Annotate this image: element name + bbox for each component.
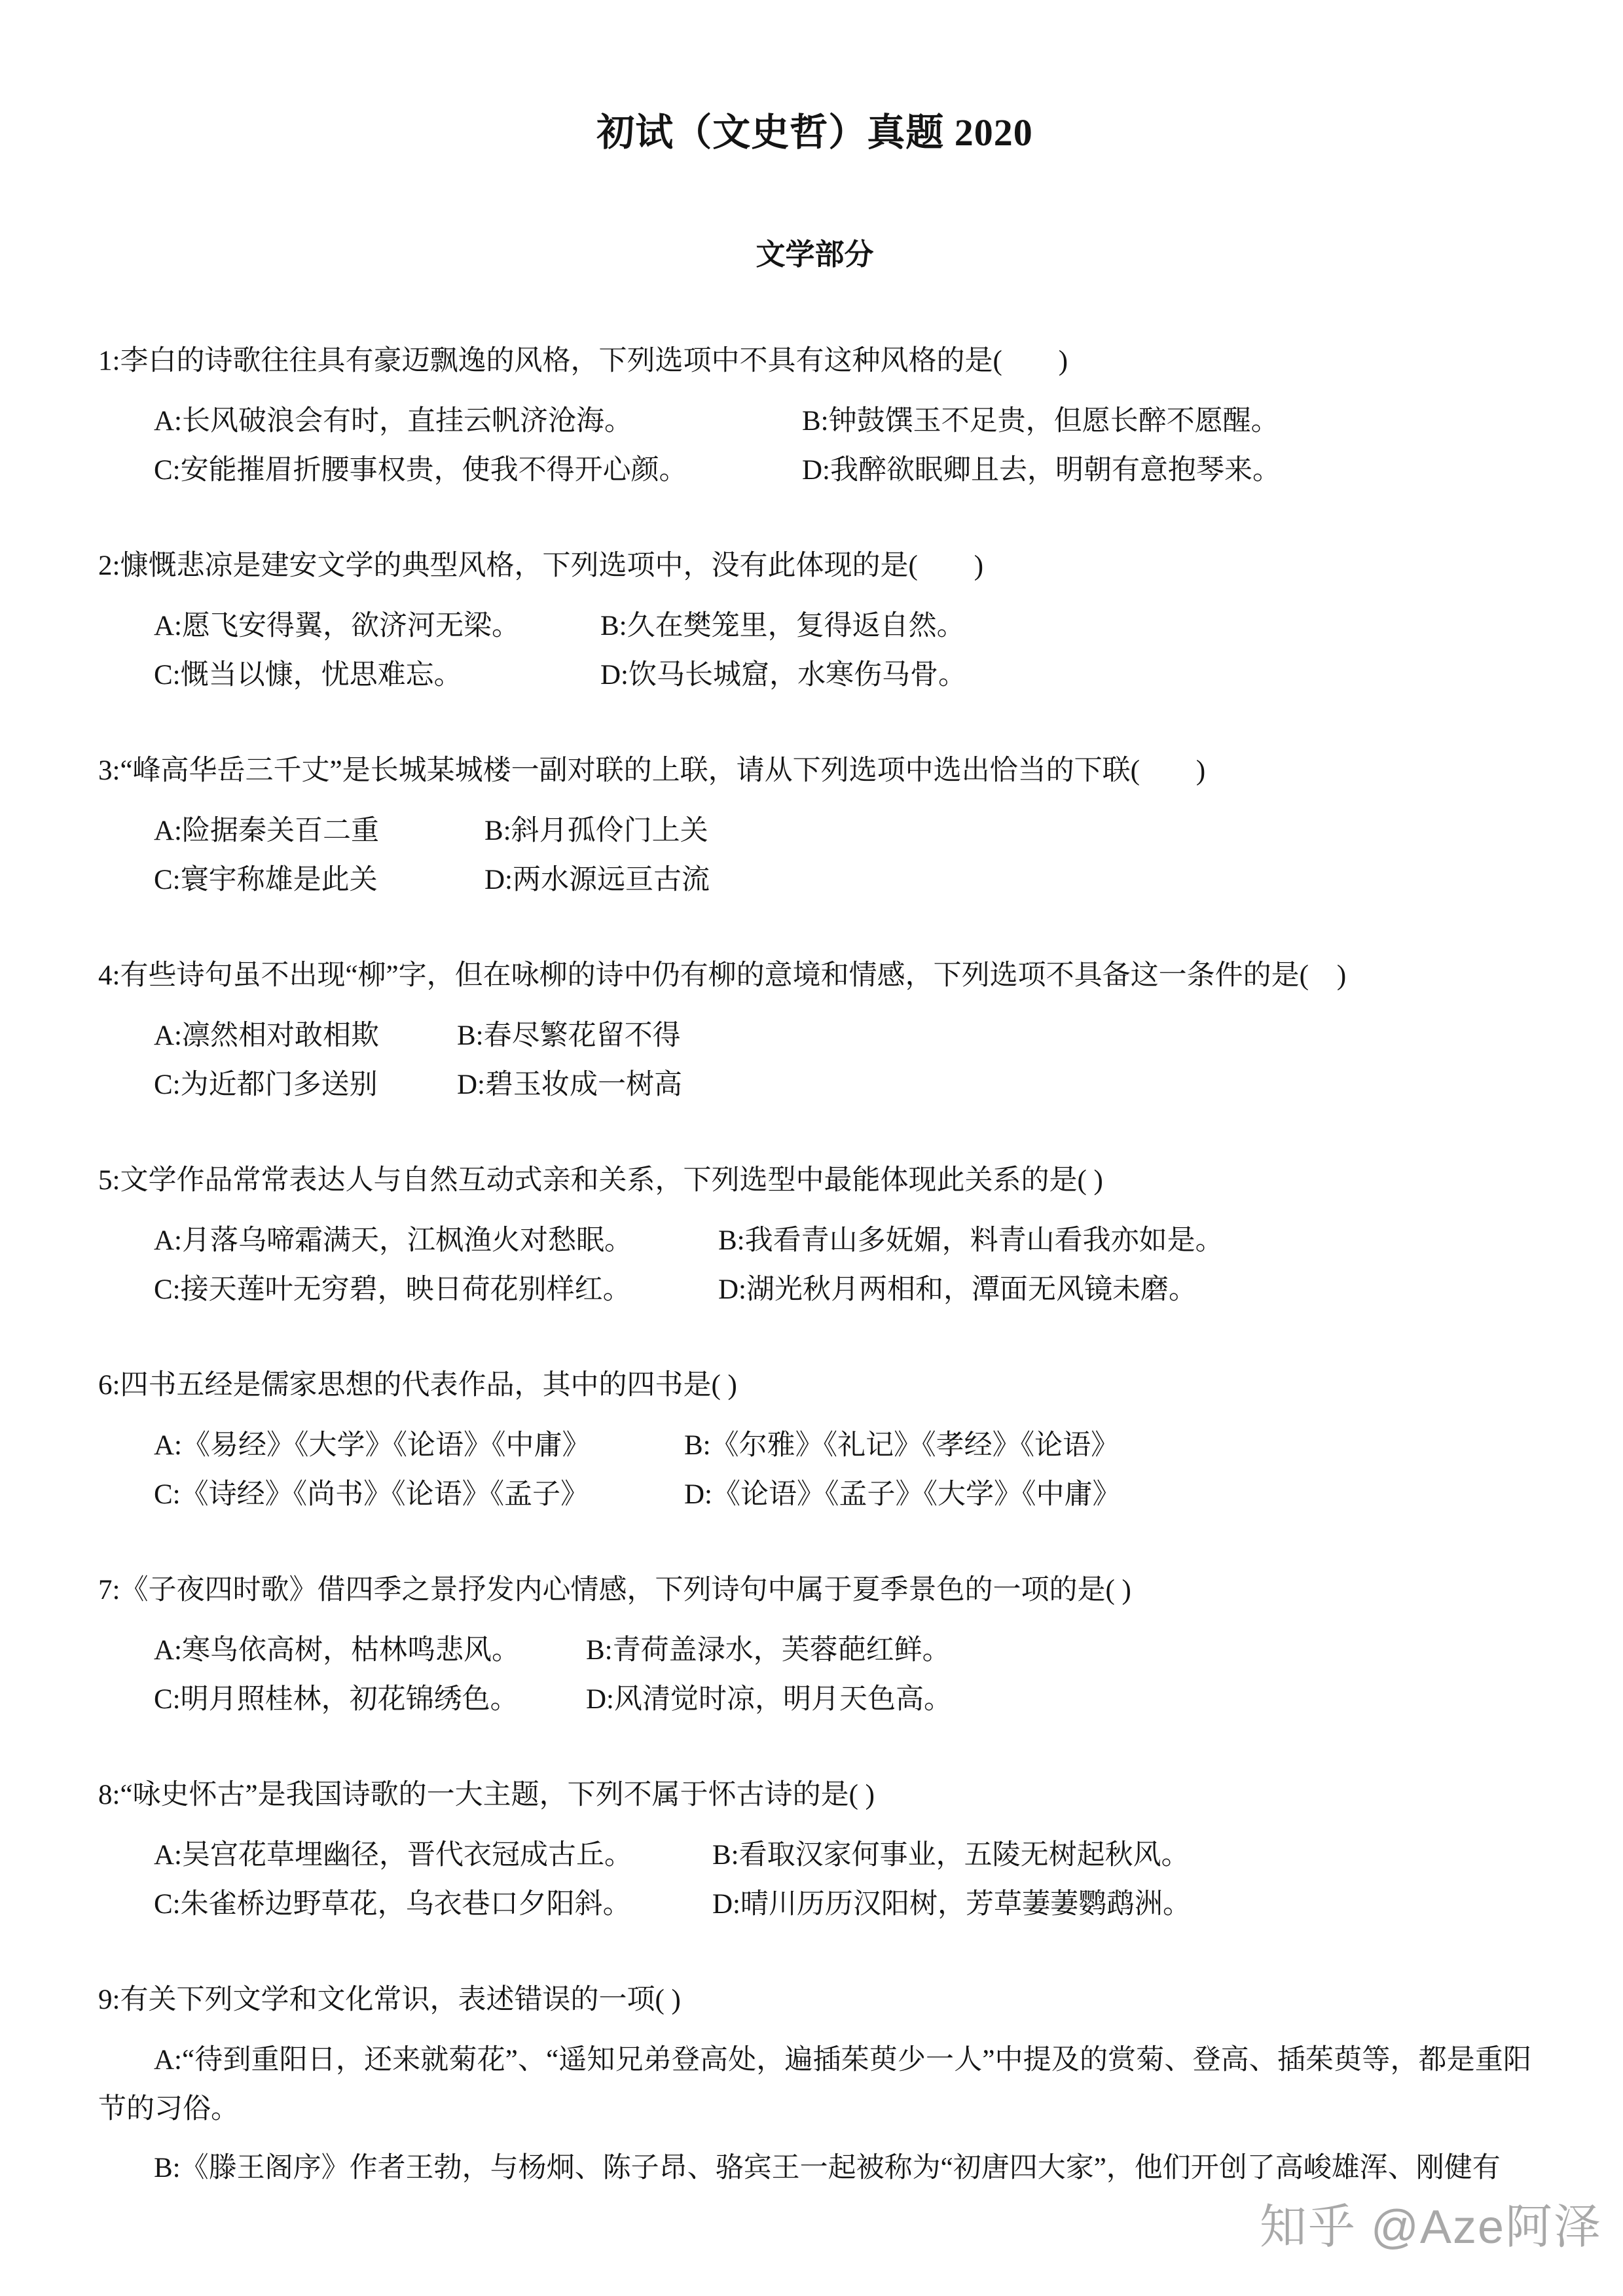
question-2-option-c: C:慨当以慷，忧思难忘。 [154, 651, 600, 700]
question-3: 3:“峰高华岳三千丈”是长城某城楼一副对联的上联，请从下列选项中选出恰当的下联(… [98, 746, 1531, 905]
question-2-option-row-1: A:愿飞安得翼，欲济河无梁。 B:久在樊笼里，复得返自然。 [98, 601, 1531, 651]
question-1: 1:李白的诗歌往往具有豪迈飘逸的风格，下列选项中不具有这种风格的是( ) A:长… [98, 336, 1531, 495]
question-2-option-b: B:久在樊笼里，复得返自然。 [600, 601, 965, 651]
question-5-option-row-1: A:月落乌啼霜满天，江枫渔火对愁眠。 B:我看青山多妩媚，料青山看我亦如是。 [98, 1216, 1531, 1265]
question-4-option-d: D:碧玉妆成一树高 [457, 1060, 682, 1109]
question-4-stem: 4:有些诗句虽不出现“柳”字，但在咏柳的诗中仍有柳的意境和情感，下列选项不具备这… [98, 951, 1531, 1000]
question-5-option-c: C:接天莲叶无穷碧，映日荷花别样红。 [154, 1265, 718, 1314]
question-8-option-b: B:看取汉家何事业，五陵无树起秋风。 [712, 1831, 1190, 1880]
question-5-option-b: B:我看青山多妩媚，料青山看我亦如是。 [718, 1216, 1224, 1265]
question-5-option-row-2: C:接天莲叶无穷碧，映日荷花别样红。 D:湖光秋月两相和，潭面无风镜未磨。 [98, 1265, 1531, 1314]
question-7-option-row-1: A:寒鸟依高树，枯林鸣悲风。 B:青荷盖渌水，芙蓉葩红鲜。 [98, 1626, 1531, 1675]
question-5-stem: 5:文学作品常常表达人与自然互动式亲和关系，下列选型中最能体现此关系的是( ) [98, 1156, 1531, 1205]
question-7-option-b: B:青荷盖渌水，芙蓉葩红鲜。 [586, 1626, 951, 1675]
question-8-option-d: D:晴川历历汉阳树，芳草萋萋鹦鹉洲。 [712, 1880, 1191, 1929]
question-5-option-d: D:湖光秋月两相和，潭面无风镜未磨。 [718, 1265, 1197, 1314]
question-7-option-d: D:风清觉时凉，明月天色高。 [586, 1675, 952, 1724]
question-3-option-row-2: C:寰宇称雄是此关 D:两水源远亘古流 [98, 855, 1531, 905]
question-4-option-c: C:为近都门多送别 [154, 1060, 457, 1109]
question-4-option-b: B:春尽繁花留不得 [457, 1011, 681, 1060]
question-2-option-a: A:愿飞安得翼，欲济河无梁。 [154, 601, 600, 651]
question-8-option-c: C:朱雀桥边野草花，乌衣巷口夕阳斜。 [154, 1880, 712, 1929]
question-8-option-a: A:吴宫花草埋幽径，晋代衣冠成古丘。 [154, 1831, 712, 1880]
question-3-stem: 3:“峰高华岳三千丈”是长城某城楼一副对联的上联，请从下列选项中选出恰当的下联(… [98, 746, 1531, 795]
question-6-option-b: B:《尔雅》《礼记》《孝经》《论语》 [684, 1421, 1119, 1470]
question-1-option-b: B:钟鼓馔玉不足贵，但愿长醉不愿醒。 [802, 397, 1279, 446]
question-2: 2:慷慨悲凉是建安文学的典型风格，下列选项中，没有此体现的是( ) A:愿飞安得… [98, 541, 1531, 700]
question-5-option-a: A:月落乌啼霜满天，江枫渔火对愁眠。 [154, 1216, 718, 1265]
question-8: 8:“咏史怀古”是我国诗歌的一大主题，下列不属于怀古诗的是( ) A:吴宫花草埋… [98, 1770, 1531, 1929]
question-1-stem: 1:李白的诗歌往往具有豪迈飘逸的风格，下列选项中不具有这种风格的是( ) [98, 336, 1531, 386]
question-4-option-row-2: C:为近都门多送别 D:碧玉妆成一树高 [98, 1060, 1531, 1109]
question-1-option-c: C:安能摧眉折腰事权贵，使我不得开心颜。 [154, 446, 802, 495]
question-4-option-row-1: A:凛然相对敢相欺 B:春尽繁花留不得 [98, 1011, 1531, 1060]
question-2-stem: 2:慷慨悲凉是建安文学的典型风格，下列选项中，没有此体现的是( ) [98, 541, 1531, 590]
page-title: 初试（文史哲）真题 2020 [98, 108, 1531, 157]
question-6-option-row-1: A:《易经》《大学》《论语》《中庸》 B:《尔雅》《礼记》《孝经》《论语》 [98, 1421, 1531, 1470]
section-heading: 文学部分 [98, 236, 1531, 274]
question-3-option-a: A:险据秦关百二重 [154, 806, 484, 855]
question-9-option-b-paragraph: B:《滕王阁序》作者王勃，与杨炯、陈子昂、骆宾王一起被称为“初唐四大家”，他们开… [98, 2144, 1531, 2193]
question-9: 9:有关下列文学和文化常识，表述错误的一项( ) A:“待到重阳日，还来就菊花”… [98, 1975, 1531, 2193]
question-3-option-c: C:寰宇称雄是此关 [154, 855, 484, 905]
document-page: 初试（文史哲）真题 2020 文学部分 1:李白的诗歌往往具有豪迈飘逸的风格，下… [0, 0, 1623, 2296]
question-3-option-b: B:斜月孤伶门上关 [484, 806, 708, 855]
question-8-stem: 8:“咏史怀古”是我国诗歌的一大主题，下列不属于怀古诗的是( ) [98, 1770, 1531, 1820]
question-9-option-a-paragraph: A:“待到重阳日，还来就菊花”、“遥知兄弟登高处，遍插茱萸少一人”中提及的赏菊、… [98, 2036, 1531, 2134]
question-3-option-row-1: A:险据秦关百二重 B:斜月孤伶门上关 [98, 806, 1531, 855]
question-5: 5:文学作品常常表达人与自然互动式亲和关系，下列选型中最能体现此关系的是( ) … [98, 1156, 1531, 1314]
question-7-option-row-2: C:明月照桂林，初花锦绣色。 D:风清觉时凉，明月天色高。 [98, 1675, 1531, 1724]
question-6-option-row-2: C:《诗经》《尚书》《论语》《孟子》 D:《论语》《孟子》《大学》《中庸》 [98, 1470, 1531, 1519]
question-6: 6:四书五经是儒家思想的代表作品，其中的四书是( ) A:《易经》《大学》《论语… [98, 1361, 1531, 1519]
question-6-option-d: D:《论语》《孟子》《大学》《中庸》 [684, 1470, 1121, 1519]
question-7-option-c: C:明月照桂林，初花锦绣色。 [154, 1675, 586, 1724]
question-2-option-d: D:饮马长城窟，水寒伤马骨。 [600, 651, 966, 700]
question-7-stem: 7:《子夜四时歌》借四季之景抒发内心情感，下列诗句中属于夏季景色的一项的是( ) [98, 1566, 1531, 1615]
question-1-option-a: A:长风破浪会有时，直挂云帆济沧海。 [154, 397, 802, 446]
question-1-option-d: D:我醉欲眠卿且去，明朝有意抱琴来。 [802, 446, 1281, 495]
question-9-stem: 9:有关下列文学和文化常识，表述错误的一项( ) [98, 1975, 1531, 2024]
question-6-stem: 6:四书五经是儒家思想的代表作品，其中的四书是( ) [98, 1361, 1531, 1410]
question-8-option-row-2: C:朱雀桥边野草花，乌衣巷口夕阳斜。 D:晴川历历汉阳树，芳草萋萋鹦鹉洲。 [98, 1880, 1531, 1929]
question-6-option-c: C:《诗经》《尚书》《论语》《孟子》 [154, 1470, 684, 1519]
question-4-option-a: A:凛然相对敢相欺 [154, 1011, 457, 1060]
question-6-option-a: A:《易经》《大学》《论语》《中庸》 [154, 1421, 684, 1470]
question-7: 7:《子夜四时歌》借四季之景抒发内心情感，下列诗句中属于夏季景色的一项的是( )… [98, 1566, 1531, 1724]
question-7-option-a: A:寒鸟依高树，枯林鸣悲风。 [154, 1626, 586, 1675]
question-8-option-row-1: A:吴宫花草埋幽径，晋代衣冠成古丘。 B:看取汉家何事业，五陵无树起秋风。 [98, 1831, 1531, 1880]
watermark: 知乎 @Aze阿泽 [1260, 2189, 1602, 2257]
question-list: 1:李白的诗歌往往具有豪迈飘逸的风格，下列选项中不具有这种风格的是( ) A:长… [98, 336, 1531, 2193]
question-4: 4:有些诗句虽不出现“柳”字，但在咏柳的诗中仍有柳的意境和情感，下列选项不具备这… [98, 951, 1531, 1109]
question-1-option-row-1: A:长风破浪会有时，直挂云帆济沧海。 B:钟鼓馔玉不足贵，但愿长醉不愿醒。 [98, 397, 1531, 446]
question-3-option-d: D:两水源远亘古流 [484, 855, 710, 905]
question-2-option-row-2: C:慨当以慷，忧思难忘。 D:饮马长城窟，水寒伤马骨。 [98, 651, 1531, 700]
question-1-option-row-2: C:安能摧眉折腰事权贵，使我不得开心颜。 D:我醉欲眠卿且去，明朝有意抱琴来。 [98, 446, 1531, 495]
